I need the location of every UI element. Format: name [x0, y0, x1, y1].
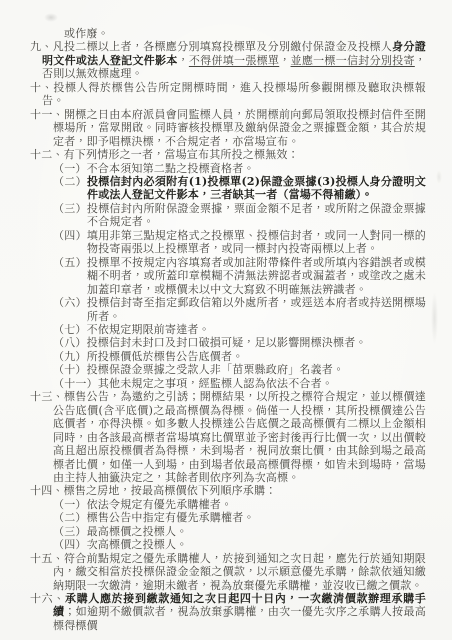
doc-text: 凡投二標以上者，各標應分別填寫投標單及分別繳付保證金及投標人 — [53, 40, 393, 53]
scan-artifact — [436, 170, 442, 184]
doc-text: 投標人得於標售公告所定開標時間，進入投標場所參觀開標及聽取決標報告。 — [42, 81, 426, 107]
item-label: （五） — [53, 256, 87, 269]
doc-line: （三）投標信封內所附保證金票據，票面金額不足者，或所附之保證金票據不合規定者。 — [53, 202, 426, 229]
item-label: （十一） — [53, 377, 98, 390]
doc-text: 所投標價低於標售公告底價者。 — [87, 350, 244, 363]
doc-text: 投標信封內所附保證金票據，票面金額不足者，或所附之保證金票據不合規定者。 — [87, 202, 426, 228]
doc-text: 其他未規定之事項，經監標人認為依法不合者。 — [98, 377, 333, 390]
doc-line: 十五、符合前點規定之優先承購權人，於接到通知之次日起，應先行於通知期限內，繳交相… — [30, 552, 426, 592]
item-label: 十一、 — [30, 108, 64, 121]
doc-line: （十一）其他未規定之事項，經監標人認為依法不合者。 — [53, 377, 426, 390]
item-label: 九、 — [30, 40, 53, 53]
doc-text: 標售公告，為邀約之引誘；開標結果，以所投之標符合規定，並以標價達公告底價(含平底… — [53, 390, 426, 484]
item-label: （四） — [53, 229, 87, 242]
doc-text: 最高標價之投標人。 — [87, 525, 188, 538]
item-label: （四） — [53, 538, 87, 551]
doc-line: （一）不合本須知第二點之投標資格者。 — [53, 162, 426, 175]
item-label: 十五、 — [30, 552, 64, 565]
item-label: 十四、 — [30, 484, 64, 497]
doc-text: ， — [279, 54, 290, 67]
item-label: （六） — [53, 296, 87, 309]
doc-line: 或作廢。 — [64, 27, 426, 40]
doc-line: （九）所投標價低於標售公告底價者。 — [53, 350, 426, 363]
doc-line: （八）投標信封未封口及封口破損可疑，足以影響開標決標者。 — [53, 336, 426, 349]
doc-line: （二）標售公告中指定有優先承購權者。 — [53, 511, 426, 524]
item-label: （一） — [53, 162, 87, 175]
item-label: 十二、 — [30, 148, 64, 161]
item-label: （十） — [53, 363, 87, 376]
doc-line: （十）投標保證金票據之受款人非「苗栗縣政府」名義者。 — [53, 363, 426, 376]
doc-text: 標售之房地，按最高標價依下列順序承購： — [64, 484, 277, 497]
item-label: （八） — [53, 336, 87, 349]
doc-line: （五）投標單不按規定內容填寫者或加註附帶條件者或所填內容錯誤者或模糊不明者，或所… — [53, 256, 426, 296]
scan-artifact — [431, 292, 438, 344]
doc-text: 不得併填一張標單 — [189, 54, 279, 67]
doc-text: 投標信封寄至指定郵政信箱以外處所者，或逕送本府者或持送開標場所者。 — [87, 296, 426, 322]
doc-line: 十四、標售之房地，按最高標價依下列順序承購： — [30, 484, 426, 497]
item-label: 十三、 — [30, 390, 64, 403]
doc-line: （三）最高標價之投標人。 — [53, 525, 426, 538]
document-body: 或作廢。九、凡投二標以上者，各標應分別填寫投標單及分別繳付保證金及投標人身分證明… — [0, 27, 426, 632]
document-page: 或作廢。九、凡投二標以上者，各標應分別填寫投標單及分別繳付保證金及投標人身分證明… — [0, 0, 452, 640]
page-number: 2 — [0, 609, 452, 620]
doc-text: 不依規定期限前寄達者。 — [87, 323, 210, 336]
item-label: （一） — [53, 498, 87, 511]
doc-line: （一）依法令規定有優先承購權者。 — [53, 498, 426, 511]
doc-line: （四）次高標價之投標人。 — [53, 538, 426, 551]
item-label: 十六、 — [30, 592, 65, 605]
doc-text: 投標保證金票據之受款人非「苗栗縣政府」名義者。 — [87, 363, 345, 376]
doc-text: 並應一標一信封分別投寄 — [291, 54, 415, 67]
doc-line: （六）投標信封寄至指定郵政信箱以外處所者，或逕送本府者或持送開標場所者。 — [53, 296, 426, 323]
doc-line: 九、凡投二標以上者，各標應分別填寫投標單及分別繳付保證金及投標人身分證明文件或法… — [30, 40, 426, 80]
scan-artifact — [44, 13, 58, 22]
doc-line: （四）填用非第三點規定格式之投標單、投標信封者，或同一人對同一標的物投寄兩張以上… — [53, 229, 426, 256]
item-label: （九） — [53, 350, 87, 363]
doc-text: 投標單不按規定內容填寫者或加註附帶條件者或所填內容錯誤者或模糊不明者，或所蓋印章… — [87, 256, 426, 296]
item-label: （二） — [53, 175, 87, 188]
doc-line: 十一、開標之日由本府派員會同監標人員，於開標前向郵局領取投標封信件至開標場所，當… — [30, 108, 426, 148]
doc-line: 十三、標售公告，為邀約之引誘；開標結果，以所投之標符合規定，並以標價達公告底價(… — [30, 390, 426, 484]
doc-text: 開標之日由本府派員會同監標人員，於開標前向郵局領取投標封信件至開標場所，當眾開啟… — [53, 108, 426, 148]
item-label: 十、 — [30, 81, 53, 94]
item-label: （七） — [53, 323, 87, 336]
doc-text: 投標信封未封口及封口破損可疑，足以影響開標決標者。 — [87, 336, 367, 349]
doc-text: 投標信封內必須附有(1)投標單(2)保證金票據(3)投標人身分證明文件或法人登記… — [87, 175, 426, 201]
doc-line: 十二、有下列情形之一者，當場宣布其所投之標無效： — [30, 148, 426, 161]
item-label: （三） — [53, 202, 87, 215]
doc-text: 依法令規定有優先承購權者。 — [87, 498, 233, 511]
doc-text: 或作廢。 — [64, 27, 109, 40]
doc-text: 標售公告中指定有優先承購權者。 — [87, 511, 255, 524]
doc-line: （二）投標信封內必須附有(1)投標單(2)保證金票據(3)投標人身分證明文件或法… — [53, 175, 426, 202]
doc-text: 有下列情形之一者，當場宣布其所投之標無效： — [64, 148, 299, 161]
doc-text: ， — [178, 54, 189, 67]
doc-text: 符合前點規定之優先承購權人，於接到通知之次日起，應先行於通知期限內，繳交相當於投… — [53, 552, 426, 592]
doc-line: 十、投標人得於標售公告所定開標時間，進入投標場所參觀開標及聽取決標報告。 — [30, 81, 426, 108]
item-label: （二） — [53, 511, 87, 524]
doc-text: 填用非第三點規定格式之投標單、投標信封者，或同一人對同一標的物投寄兩張以上投標單… — [87, 229, 426, 255]
doc-text: 次高標價之投標人。 — [87, 538, 188, 551]
doc-line: （七）不依規定期限前寄達者。 — [53, 323, 426, 336]
doc-text: 不合本須知第二點之投標資格者。 — [87, 162, 255, 175]
item-label: （三） — [53, 525, 87, 538]
